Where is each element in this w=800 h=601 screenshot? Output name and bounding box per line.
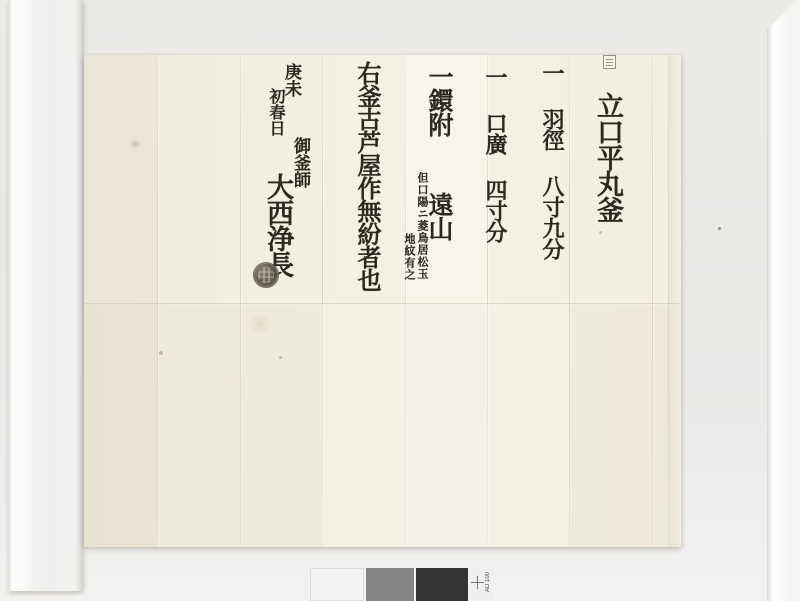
maker-title-column: 御釜師 bbox=[291, 137, 308, 188]
fold-crease bbox=[240, 55, 241, 547]
photo-stage: 立口平丸釜 一 羽徑 八寸九分 一 口廣 四寸分 一鐶附 遠山 但口陽ニ菱鳥居松… bbox=[0, 0, 800, 601]
date-day-column: 初春日 bbox=[268, 88, 284, 136]
fold-crease bbox=[157, 55, 158, 547]
fold-crease bbox=[322, 55, 323, 547]
gray-patch bbox=[366, 568, 414, 601]
left-clamp-stick bbox=[8, 0, 82, 591]
panel-shade bbox=[84, 304, 681, 547]
paper-smudge bbox=[131, 141, 140, 147]
horizontal-fold-crease bbox=[84, 303, 681, 304]
document-paper: 立口平丸釜 一 羽徑 八寸九分 一 口廣 四寸分 一鐶附 遠山 但口陽ニ菱鳥居松… bbox=[84, 55, 681, 547]
measurement-column-2: 一 口廣 四寸分 bbox=[484, 66, 506, 242]
paper-speck bbox=[599, 231, 602, 234]
white-patch bbox=[310, 568, 364, 601]
fold-crease bbox=[652, 55, 653, 547]
paper-speck bbox=[279, 356, 282, 359]
fold-crease bbox=[405, 55, 406, 547]
edge-fold-shade bbox=[668, 55, 681, 547]
maker-seal bbox=[253, 262, 279, 288]
paper-speck bbox=[159, 351, 163, 355]
ring-lugs-column: 一鐶附 遠山 bbox=[427, 64, 452, 240]
right-clamp-stick bbox=[767, 0, 800, 601]
fold-crease bbox=[668, 55, 669, 547]
fold-crease bbox=[569, 55, 570, 547]
grayscale-calibration-bar: AD 100 bbox=[310, 568, 494, 601]
collection-stamp bbox=[603, 55, 616, 69]
kettle-title-column: 立口平丸釜 bbox=[594, 92, 621, 222]
crosshair-registration-mark bbox=[471, 576, 484, 589]
attribution-column: 右釜古芦屋作無紛者也 bbox=[355, 61, 379, 291]
black-patch bbox=[416, 568, 468, 601]
ring-lugs-note-column-2: 地紋有之 bbox=[404, 233, 415, 281]
measurement-column-1: 一 羽徑 八寸九分 bbox=[541, 62, 563, 259]
paper-stain bbox=[247, 313, 273, 335]
panel-shade bbox=[322, 304, 569, 547]
calibration-patches bbox=[310, 568, 468, 601]
ring-lugs-note-column-1: 但口陽ニ菱鳥居松玉 bbox=[417, 172, 428, 280]
panel-shade bbox=[84, 55, 157, 547]
calibration-label: AD 100 bbox=[485, 572, 491, 592]
calibration-tab: AD 100 bbox=[469, 568, 494, 601]
background-speck bbox=[718, 227, 721, 230]
